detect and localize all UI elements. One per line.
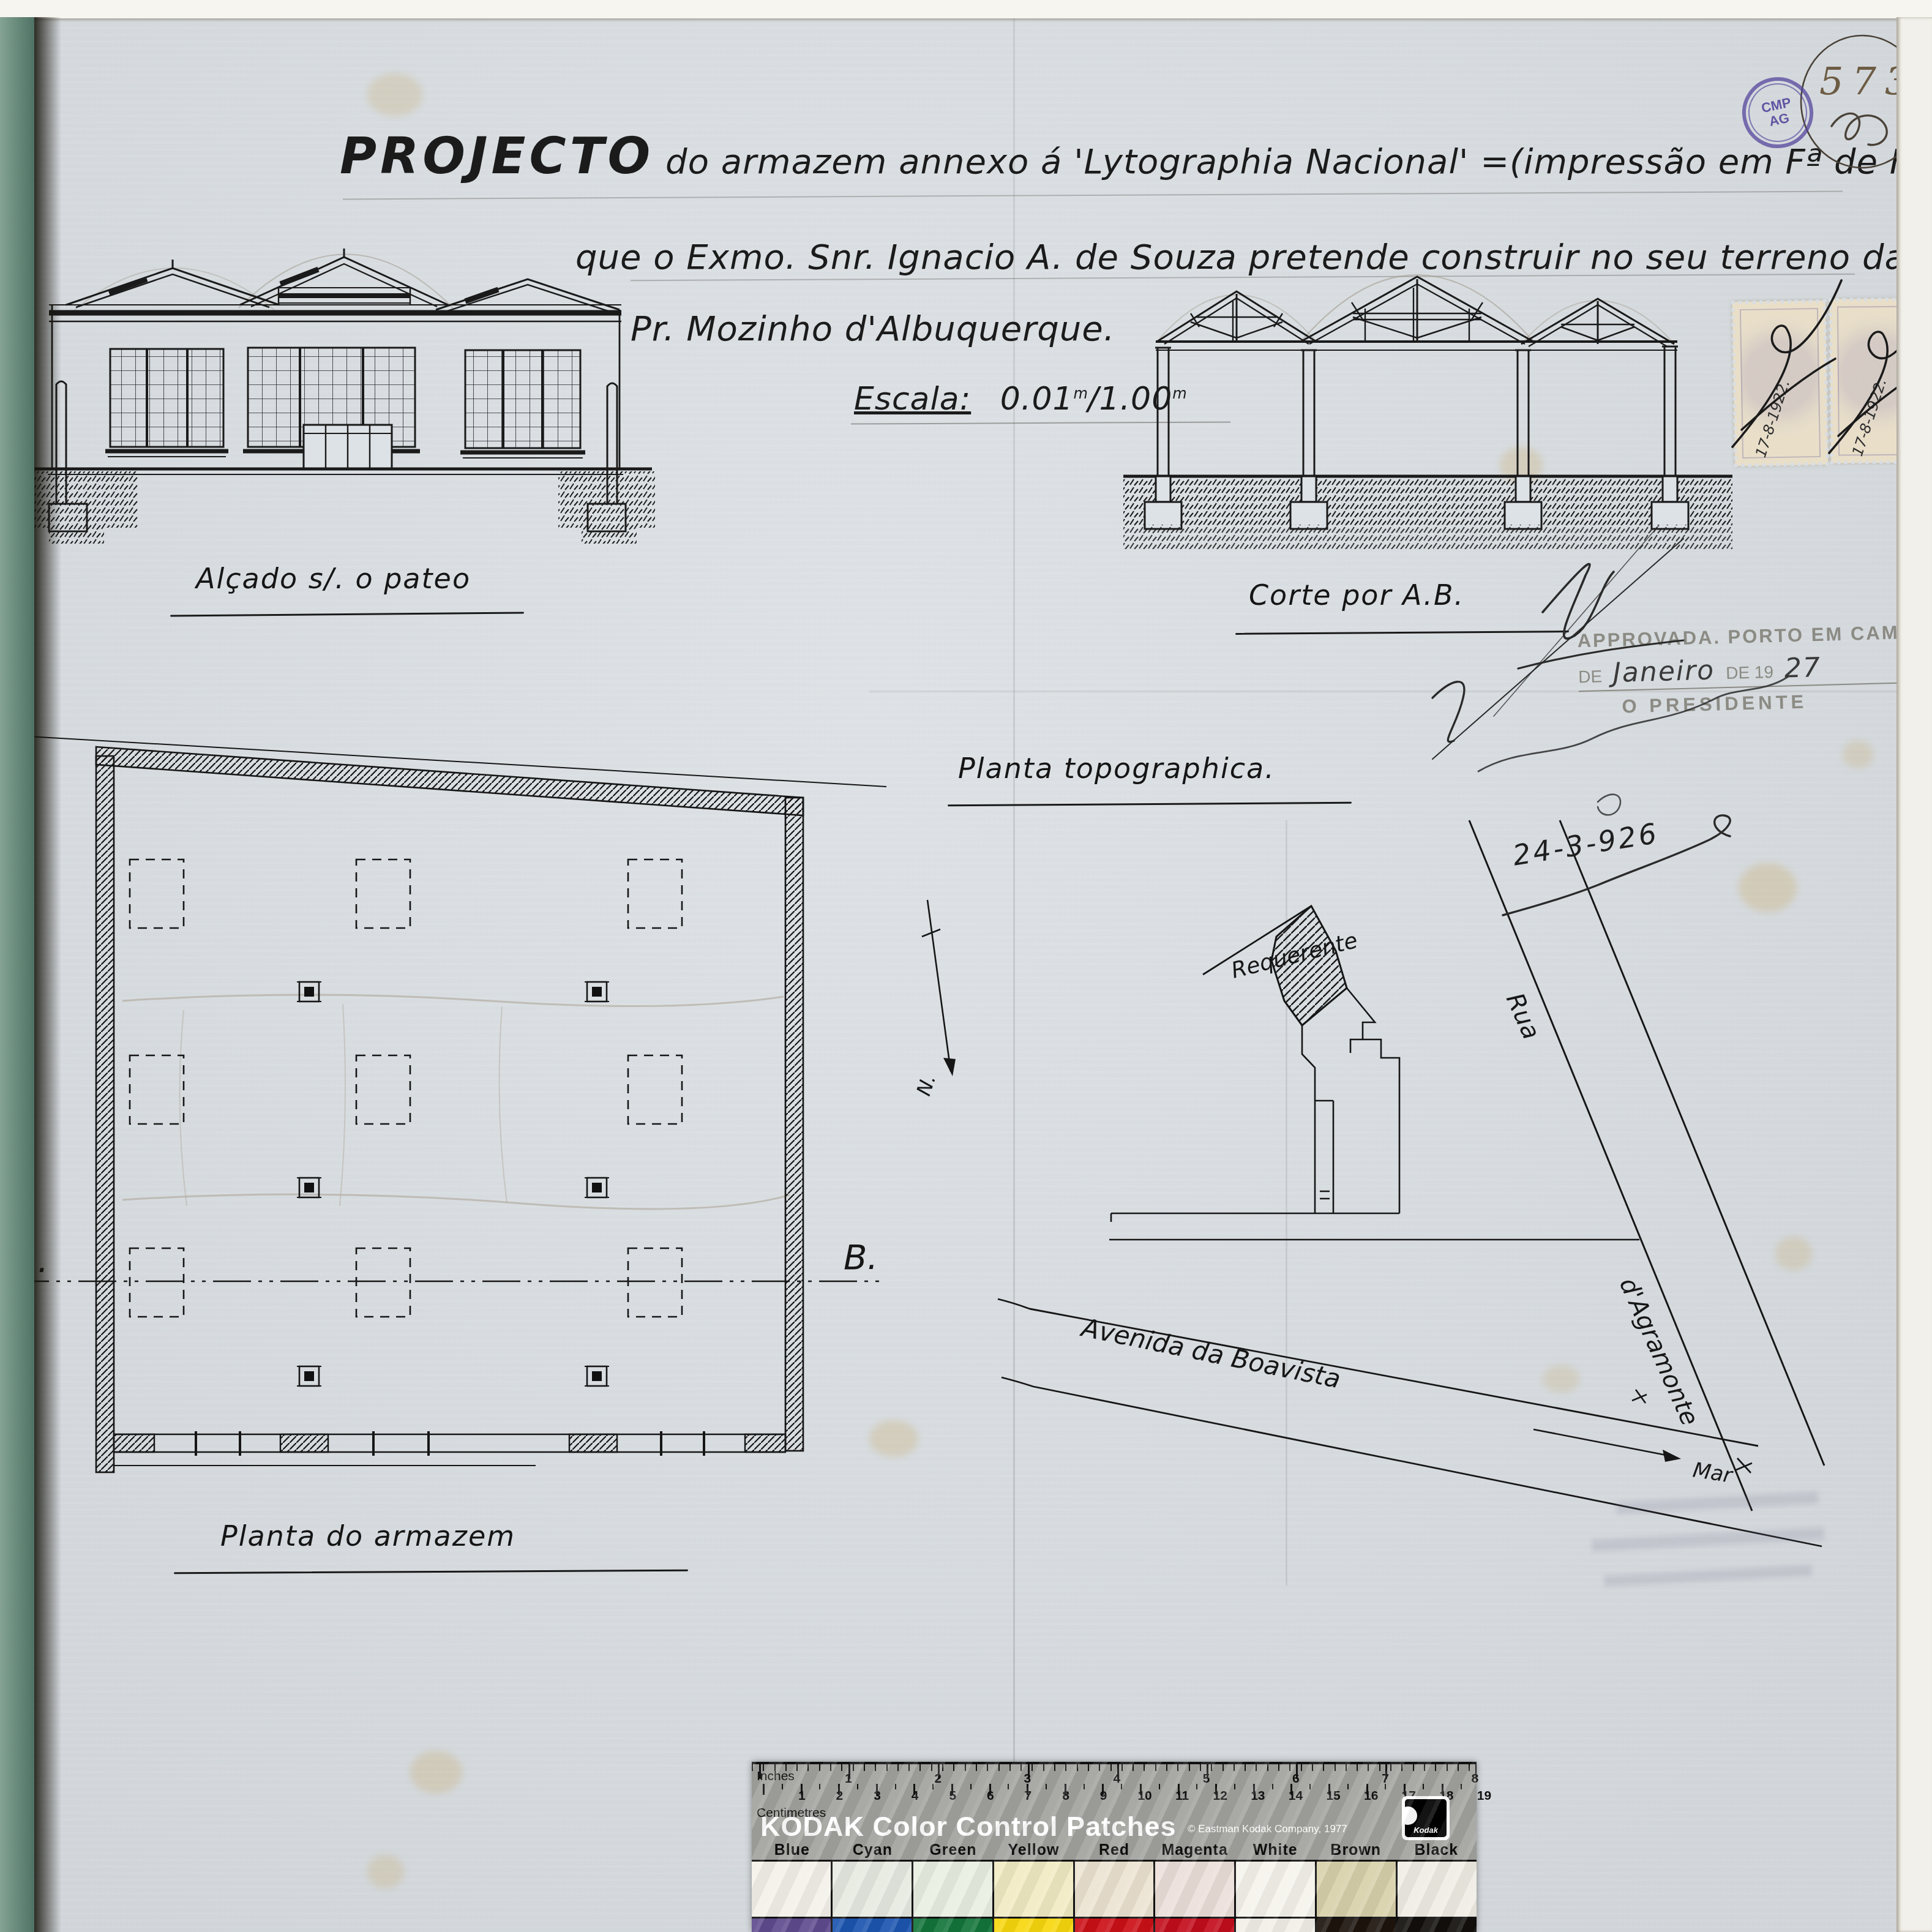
- patch-label: Red: [1074, 1841, 1155, 1859]
- stain: [367, 1855, 404, 1889]
- sea-label: Mar: [1691, 1458, 1735, 1488]
- patch-label: Cyan: [833, 1841, 913, 1859]
- kodak-logo-text: Kodak: [1405, 1825, 1447, 1835]
- guide-line: [343, 191, 1843, 200]
- section-drawing: [1065, 263, 1794, 557]
- avenue-label: Avenida da Boavista: [1077, 1312, 1343, 1394]
- scanned-plan-sheet: PROJECTO do armazem annexo á 'Lytographi…: [0, 0, 1932, 1932]
- title-line-1: PROJECTO do armazem annexo á 'Lytographi…: [340, 127, 1932, 185]
- kodak-logo: Kodak: [1402, 1796, 1450, 1840]
- cm-ruler: 12345678910111213141516171819: [752, 1784, 1477, 1808]
- patch-label: Black: [1396, 1841, 1477, 1859]
- patch-label: Green: [913, 1841, 994, 1859]
- patch-light-green: [913, 1862, 992, 1917]
- patch-light-magenta: [1155, 1862, 1234, 1917]
- cm-number: 12: [1213, 1789, 1227, 1803]
- cm-number: 8: [1062, 1789, 1069, 1803]
- cm-number: 4: [912, 1789, 919, 1803]
- stain: [367, 73, 422, 116]
- patch-solid-red: [1075, 1919, 1154, 1932]
- patch-light-cyan: [833, 1862, 912, 1917]
- patch-label: Brown: [1316, 1841, 1396, 1859]
- floor-plan-caption: Planta do armazem: [220, 1519, 515, 1552]
- scan-right-edge: [1896, 17, 1932, 1932]
- patch-solid-blue: [752, 1919, 831, 1932]
- street-label-rua: Rua: [1500, 989, 1546, 1044]
- patch-light-white: [1236, 1862, 1315, 1917]
- title-line1-rest: do armazem annexo á 'Lytographia Naciona…: [665, 142, 1932, 182]
- patch-label: Magenta: [1155, 1841, 1235, 1859]
- floor-plan-caption-underline: [174, 1570, 688, 1574]
- inches-label: Inches: [757, 1769, 795, 1784]
- stain: [410, 1751, 462, 1794]
- patch-light-red: [1075, 1862, 1154, 1917]
- cm-number: 13: [1251, 1789, 1265, 1803]
- patch-light-yellow: [994, 1862, 1073, 1917]
- cm-number: 15: [1326, 1789, 1340, 1803]
- kodak-logo-mark: Kodak: [1405, 1799, 1447, 1837]
- kodak-title-row: KODAK Color Control Patches © Eastman Ko…: [760, 1811, 1485, 1843]
- approval-signatures: [1396, 514, 1932, 955]
- kodak-copyright: © Eastman Kodak Company, 1977: [1188, 1823, 1347, 1835]
- elevation-caption-underline: [170, 612, 524, 616]
- patch-light-black: [1398, 1862, 1477, 1917]
- patch-light-blue: [752, 1862, 831, 1917]
- elevation-caption: Alçado s/. o pateo: [196, 562, 471, 595]
- title-word-projecto: PROJECTO: [340, 127, 654, 185]
- title-line-3: Pr. Mozinho d'Albuquerque.: [631, 309, 1115, 349]
- patch-solid-green: [913, 1919, 992, 1932]
- north-label: N.: [912, 1071, 940, 1098]
- patch-label: Yellow: [994, 1841, 1074, 1859]
- scale-label: Escala:: [854, 381, 971, 417]
- patch-solid-brown: [1317, 1919, 1396, 1932]
- patch-solid-magenta: [1155, 1919, 1234, 1932]
- kodak-color-control-strip: Inches 12345678 123456789101112131415161…: [752, 1762, 1477, 1932]
- section-marker-b: B.: [844, 1238, 878, 1278]
- scale-n1: 0.01: [1000, 381, 1074, 417]
- kodak-strip-title: KODAK Color Control Patches: [760, 1811, 1177, 1843]
- cm-number: 2: [836, 1789, 844, 1803]
- patch-label: Blue: [752, 1841, 833, 1859]
- binding-shadow: [34, 17, 61, 1932]
- kodak-logo-notch: [1405, 1807, 1417, 1825]
- patch-labels: BlueCyanGreenYellowRedMagentaWhiteBrownB…: [752, 1841, 1477, 1859]
- cm-number: 5: [949, 1789, 956, 1803]
- site-plan-caption: Planta topographica.: [958, 752, 1275, 785]
- floor-plan-drawing: A. B.: [0, 722, 894, 1488]
- street-label-agramonte: d'Agramonte: [1614, 1273, 1704, 1429]
- patch-solid-row: [752, 1919, 1477, 1932]
- patch-solid-cyan: [833, 1919, 912, 1932]
- elevation-drawing: [37, 244, 655, 586]
- cm-number: 7: [1025, 1789, 1032, 1803]
- cm-number: 1: [798, 1789, 806, 1803]
- patch-solid-black: [1398, 1919, 1477, 1932]
- patch-light-row: [752, 1860, 1477, 1919]
- round-stamp-inner-ring: [1743, 78, 1813, 148]
- book-binding-edge: [0, 17, 34, 1932]
- patch-light-brown: [1317, 1862, 1396, 1917]
- cm-number: 16: [1364, 1789, 1378, 1803]
- cm-number: 14: [1289, 1789, 1303, 1803]
- cm-number: 6: [987, 1789, 994, 1803]
- cm-number: 3: [874, 1789, 881, 1803]
- scan-top-edge: [0, 0, 1932, 18]
- cm-number: 9: [1100, 1789, 1107, 1803]
- patch-solid-white: [1236, 1919, 1315, 1932]
- site-plan-caption-underline: [948, 802, 1352, 807]
- inch-ruler: Inches 12345678: [752, 1762, 1477, 1786]
- patch-label: White: [1235, 1841, 1316, 1859]
- cm-number: 11: [1175, 1789, 1189, 1803]
- patch-solid-yellow: [994, 1919, 1073, 1932]
- cm-number: 19: [1477, 1789, 1491, 1803]
- cm-number: 10: [1137, 1789, 1151, 1803]
